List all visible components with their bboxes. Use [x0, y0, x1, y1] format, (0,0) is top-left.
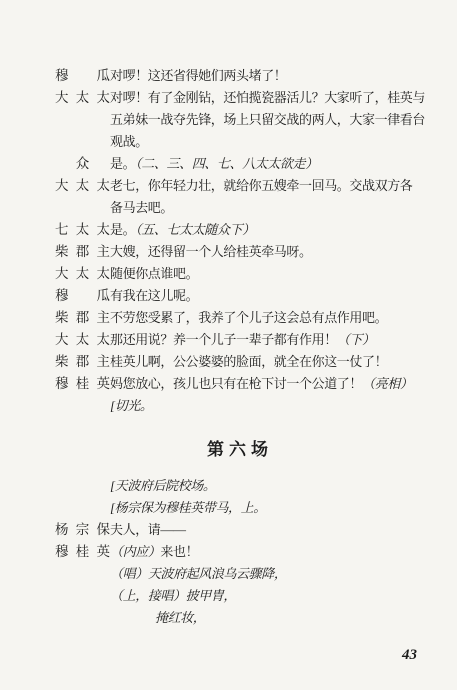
dialogue-text: 是。（二、三、四、七、八太太欲走）: [110, 153, 425, 175]
speaker-name: 穆桂英: [55, 373, 110, 395]
dialogue-segment: 那还用说？养一个儿子一辈子都有作用！: [110, 332, 337, 347]
stage-direction: （内应）: [110, 544, 160, 559]
dialogue-segment: 备马去吧。: [110, 200, 173, 215]
dialogue-segment: 有我在这儿呢。: [110, 288, 198, 303]
dialogue-text: （上，接唱）披甲胄，: [110, 585, 425, 607]
script-line: 备马去吧。: [55, 197, 425, 219]
song-lyric: 掩红妆，: [155, 610, 205, 625]
dialogue-segment: 五弟妹一战夺先锋，场上只留交战的两人，大家一律看台: [110, 112, 425, 127]
script-line: 观战。: [55, 131, 425, 153]
speaker-name: [55, 475, 110, 497]
script-line: 大太太 老七，你年轻力壮，就给你五嫂牵一回马。交战双方各: [55, 175, 425, 197]
dialogue-segment: 夫人，请——: [110, 522, 186, 537]
dialogue-segment: 大嫂，还得留一个人给桂英牵马呀。: [110, 244, 312, 259]
speaker-name: 大太太: [55, 329, 110, 351]
scene-heading: 第六场: [55, 439, 425, 461]
stage-direction: [杨宗保为穆桂英带马，上。: [110, 500, 266, 515]
dialogue-text: （内应）来也！: [110, 541, 425, 563]
dialogue-text: 有我在这儿呢。: [110, 285, 425, 307]
dialogue-text: 随便你点谁吧。: [110, 263, 425, 285]
script-line: 大太太 对啰！有了金刚钻，还怕揽瓷器活儿？大家听了，桂英与: [55, 87, 425, 109]
stage-direction: （五、七太太随众下）: [135, 222, 255, 237]
script-line: 柴郡主 大嫂，还得留一个人给桂英牵马呀。: [55, 241, 425, 263]
script-text-block: 穆 瓜 对啰！这还省得她们两头堵了！ 大太太 对啰！有了金刚钻，还怕揽瓷器活儿？…: [55, 65, 425, 629]
dialogue-segment: 老七，你年轻力壮，就给你五嫂牵一回马。交战双方各: [110, 178, 412, 193]
script-line: [天波府后院校场。: [55, 475, 425, 497]
script-line: 穆 瓜 对啰！这还省得她们两头堵了！: [55, 65, 425, 87]
speaker-name: 穆桂英: [55, 541, 110, 563]
dialogue-text: 老七，你年轻力壮，就给你五嫂牵一回马。交战双方各: [110, 175, 425, 197]
script-line: 掩红妆，: [55, 607, 425, 629]
speaker-name: [55, 497, 110, 519]
script-line: 众 是。（二、三、四、七、八太太欲走）: [55, 153, 425, 175]
dialogue-text: 观战。: [110, 131, 425, 153]
dialogue-text: 掩红妆，: [110, 607, 425, 629]
script-line: 穆桂英 （内应）来也！: [55, 541, 425, 563]
stage-direction: （下）: [337, 332, 375, 347]
speaker-name: [55, 607, 110, 629]
script-line: （上，接唱）披甲胄，: [55, 585, 425, 607]
speaker-name: 柴郡主: [55, 241, 110, 263]
speaker-name: [55, 585, 110, 607]
speaker-name: 众: [55, 153, 110, 175]
dialogue-text: 妈您放心，孩儿也只有在枪下讨一个公道了！（亮相）: [110, 373, 425, 395]
dialogue-segment: 对啰！有了金刚钻，还怕揽瓷器活儿？大家听了，桂英与: [110, 90, 425, 105]
speaker-name: 大太太: [55, 87, 110, 109]
dialogue-text: （唱）天波府起风浪乌云骤降，: [110, 563, 425, 585]
speaker-name: 穆 瓜: [55, 285, 110, 307]
dialogue-segment: 来也！: [160, 544, 198, 559]
script-line: 柴郡主 不劳您受累了，我养了个儿子这会总有点作用吧。: [55, 307, 425, 329]
dialogue-text: [杨宗保为穆桂英带马，上。: [110, 497, 425, 519]
stage-direction: （上，接唱）: [110, 588, 186, 603]
script-line: 杨宗保 夫人，请——: [55, 519, 425, 541]
script-line: 大太太 那还用说？养一个儿子一辈子都有作用！（下）: [55, 329, 425, 351]
script-line: [杨宗保为穆桂英带马，上。: [55, 497, 425, 519]
dialogue-text: 对啰！这还省得她们两头堵了！: [110, 65, 425, 87]
script-line: 穆 瓜 有我在这儿呢。: [55, 285, 425, 307]
song-lyric: 披甲胄，: [186, 588, 236, 603]
dialogue-segment: 对啰！这还省得她们两头堵了！: [110, 68, 286, 83]
dialogue-text: 那还用说？养一个儿子一辈子都有作用！（下）: [110, 329, 425, 351]
dialogue-segment: 随便你点谁吧。: [110, 266, 198, 281]
speaker-name: [55, 395, 110, 417]
speaker-name: [55, 197, 110, 219]
speaker-name: [55, 131, 110, 153]
speaker-name: 柴郡主: [55, 307, 110, 329]
stage-direction: [切光。: [110, 398, 152, 413]
speaker-name: 柴郡主: [55, 351, 110, 373]
script-line: （唱）天波府起风浪乌云骤降，: [55, 563, 425, 585]
dialogue-text: 夫人，请——: [110, 519, 425, 541]
script-line: 柴郡主 桂英儿啊，公公婆婆的脸面，就全在你这一仗了！: [55, 351, 425, 373]
speaker-name: 大太太: [55, 175, 110, 197]
speaker-name: 大太太: [55, 263, 110, 285]
speaker-name: [55, 563, 110, 585]
speaker-name: 七太太: [55, 219, 110, 241]
song-lyric: 天波府起风浪乌云骤降，: [148, 566, 287, 581]
dialogue-segment: 不劳您受累了，我养了个儿子这会总有点作用吧。: [110, 310, 387, 325]
dialogue-text: 是。（五、七太太随众下）: [110, 219, 425, 241]
script-line: 大太太 随便你点谁吧。: [55, 263, 425, 285]
page-number: 43: [402, 646, 417, 664]
script-line: [切光。: [55, 395, 425, 417]
script-line: 五弟妹一战夺先锋，场上只留交战的两人，大家一律看台: [55, 109, 425, 131]
dialogue-text: 桂英儿啊，公公婆婆的脸面，就全在你这一仗了！: [110, 351, 425, 373]
dialogue-text: 对啰！有了金刚钻，还怕揽瓷器活儿？大家听了，桂英与: [110, 87, 425, 109]
dialogue-text: 五弟妹一战夺先锋，场上只留交战的两人，大家一律看台: [110, 109, 425, 131]
stage-direction: [天波府后院校场。: [110, 478, 215, 493]
dialogue-segment: 观战。: [110, 134, 148, 149]
book-page: 穆 瓜 对啰！这还省得她们两头堵了！ 大太太 对啰！有了金刚钻，还怕揽瓷器活儿？…: [0, 0, 457, 690]
dialogue-text: 不劳您受累了，我养了个儿子这会总有点作用吧。: [110, 307, 425, 329]
speaker-name: 杨宗保: [55, 519, 110, 541]
dialogue-text: [切光。: [110, 395, 425, 417]
dialogue-text: 备马去吧。: [110, 197, 425, 219]
speaker-name: 穆 瓜: [55, 65, 110, 87]
dialogue-text: [天波府后院校场。: [110, 475, 425, 497]
dialogue-text: 大嫂，还得留一个人给桂英牵马呀。: [110, 241, 425, 263]
stage-direction: （唱）: [110, 566, 148, 581]
stage-direction: （二、三、四、七、八太太欲走）: [135, 156, 318, 171]
speaker-name: [55, 109, 110, 131]
script-line: 穆桂英 妈您放心，孩儿也只有在枪下讨一个公道了！（亮相）: [55, 373, 425, 395]
dialogue-segment: 是。: [110, 222, 135, 237]
dialogue-segment: 是。: [110, 156, 135, 171]
stage-direction: （亮相）: [362, 376, 412, 391]
script-line: 七太太 是。（五、七太太随众下）: [55, 219, 425, 241]
dialogue-segment: 桂英儿啊，公公婆婆的脸面，就全在你这一仗了！: [110, 354, 387, 369]
dialogue-segment: 妈您放心，孩儿也只有在枪下讨一个公道了！: [110, 376, 362, 391]
